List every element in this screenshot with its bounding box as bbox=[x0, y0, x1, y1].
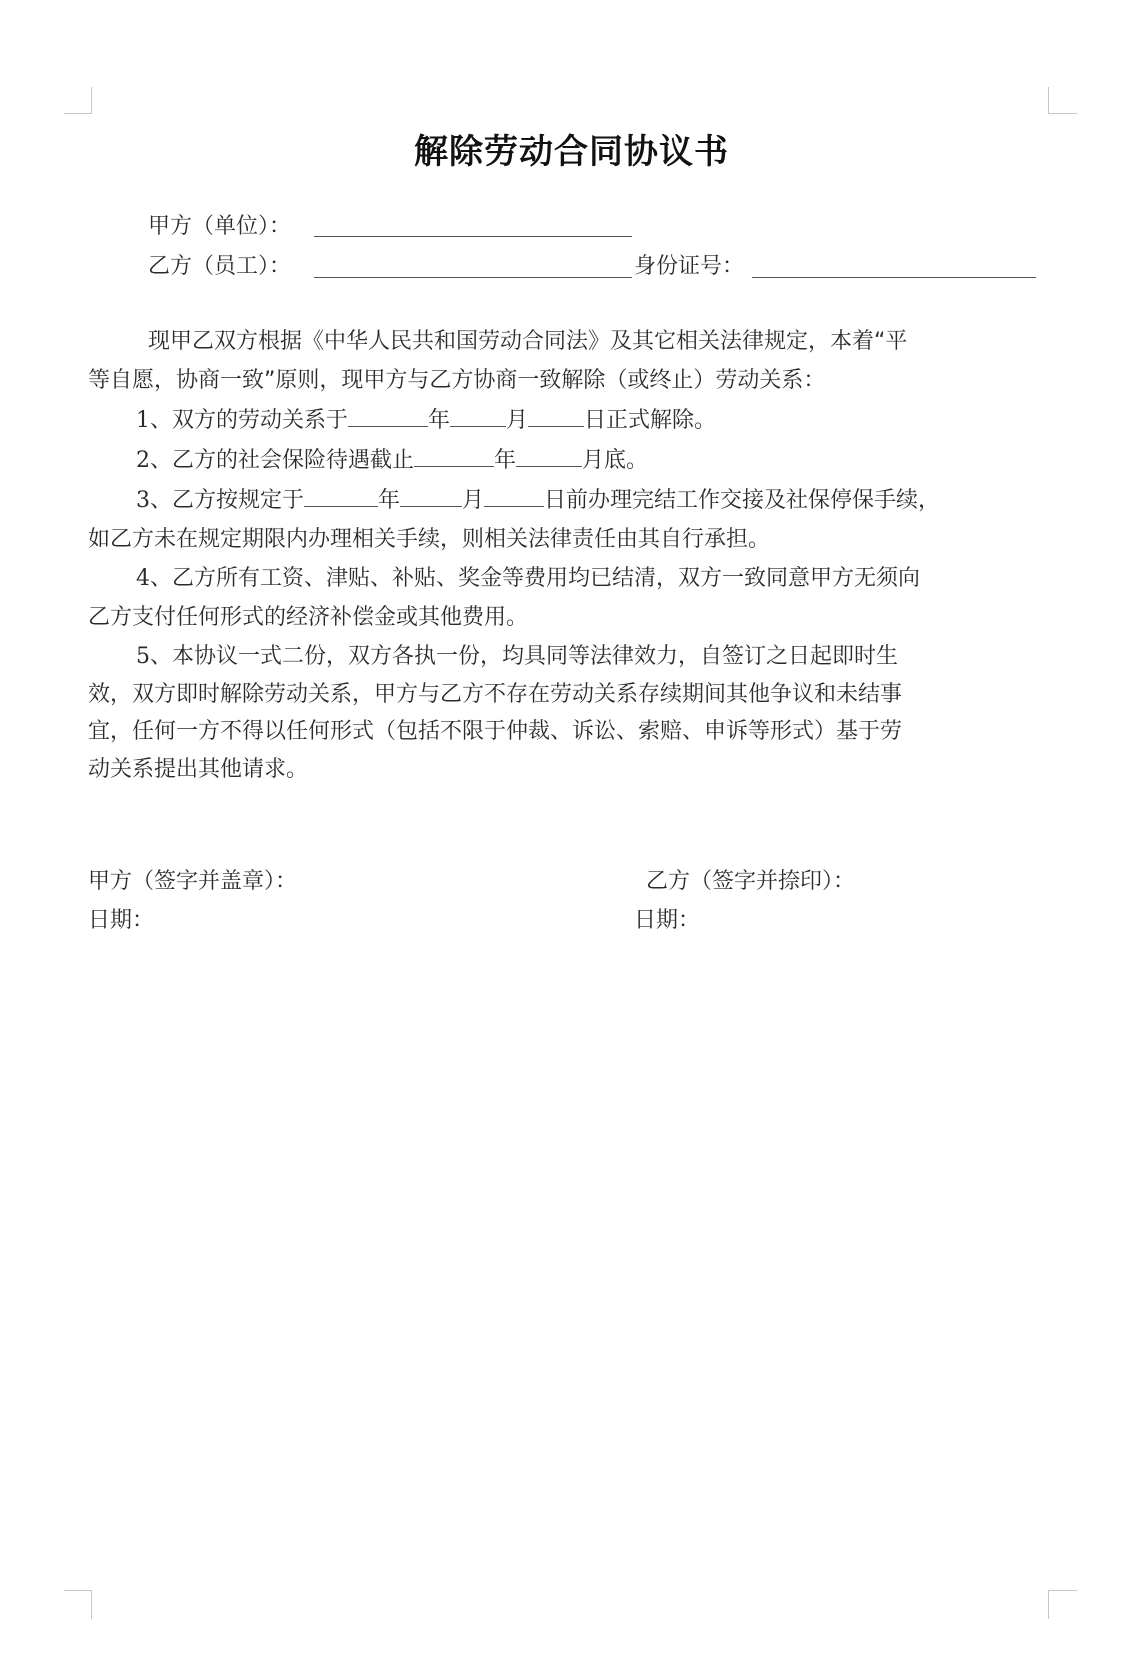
clause-number: 4、 bbox=[136, 566, 172, 591]
page-corner-mark-top-left bbox=[64, 87, 92, 114]
party-b-date-label: 日期： bbox=[634, 906, 700, 936]
clause-4: 4、乙方所有工资、津贴、补贴、奖金等费用均已结清，双方一致同意甲方无须向 bbox=[136, 564, 920, 594]
party-a-signature-label: 甲方（签字并盖章）： bbox=[88, 867, 297, 897]
year-field[interactable] bbox=[414, 446, 494, 467]
intro-line-2: 等自愿，协商一致”原则，现甲方与乙方协商一致解除（或终止）劳动关系： bbox=[88, 366, 825, 396]
clause-5-line-2: 效，双方即时解除劳动关系，甲方与乙方不存在劳动关系存续期间其他争议和未结事 bbox=[88, 680, 902, 710]
clause-2: 2、乙方的社会保险待遇截止年月底。 bbox=[136, 446, 648, 476]
page-corner-mark-top-right bbox=[1048, 87, 1077, 114]
document-title: 解除劳动合同协议书 bbox=[0, 124, 1143, 173]
clause-number: 1、 bbox=[136, 408, 172, 433]
month-field[interactable] bbox=[516, 446, 582, 467]
month-field[interactable] bbox=[450, 406, 506, 427]
party-b-label: 乙方（员工）： bbox=[148, 254, 291, 279]
year-field[interactable] bbox=[304, 486, 378, 507]
clause-number: 2、 bbox=[136, 448, 172, 473]
month-field[interactable] bbox=[400, 486, 462, 507]
clause-5: 5、本协议一式二份，双方各执一份，均具同等法律效力，自签订之日起即时生 bbox=[136, 642, 898, 672]
party-a-label: 甲方（单位）： bbox=[148, 214, 291, 239]
page-corner-mark-bottom-right bbox=[1048, 1590, 1077, 1619]
party-a-field[interactable] bbox=[314, 216, 632, 237]
intro-line-1: 现甲乙双方根据《中华人民共和国劳动合同法》及其它相关法律规定，本着“平 bbox=[148, 327, 907, 357]
clause-number: 3、 bbox=[136, 488, 172, 513]
clause-number: 5、 bbox=[136, 644, 172, 669]
day-field[interactable] bbox=[484, 486, 544, 507]
year-field[interactable] bbox=[348, 406, 428, 427]
day-field[interactable] bbox=[528, 406, 584, 427]
clause-3: 3、乙方按规定于年月日前办理完结工作交接及社保停保手续， bbox=[136, 486, 940, 516]
id-number-field[interactable] bbox=[752, 257, 1036, 278]
clause-5-line-3: 宜，任何一方不得以任何形式（包括不限于仲裁、诉讼、索赔、申诉等形式）基于劳 bbox=[88, 717, 902, 747]
clause-3-continuation: 如乙方未在规定期限内办理相关手续，则相关法律责任由其自行承担。 bbox=[88, 525, 770, 555]
clause-1: 1、双方的劳动关系于年月日正式解除。 bbox=[136, 406, 716, 436]
party-b-row: 乙方（员工）： bbox=[148, 252, 291, 282]
page-corner-mark-bottom-left bbox=[64, 1590, 92, 1619]
party-b-field[interactable] bbox=[314, 257, 632, 278]
clause-4-continuation: 乙方支付任何形式的经济补偿金或其他费用。 bbox=[88, 603, 528, 633]
id-label: 身份证号： bbox=[634, 252, 744, 282]
party-b-signature-label: 乙方（签字并捺印）： bbox=[646, 867, 855, 897]
clause-5-line-4: 动关系提出其他请求。 bbox=[88, 755, 308, 785]
party-a-row: 甲方（单位）： bbox=[148, 212, 291, 242]
party-a-date-label: 日期： bbox=[88, 906, 154, 936]
